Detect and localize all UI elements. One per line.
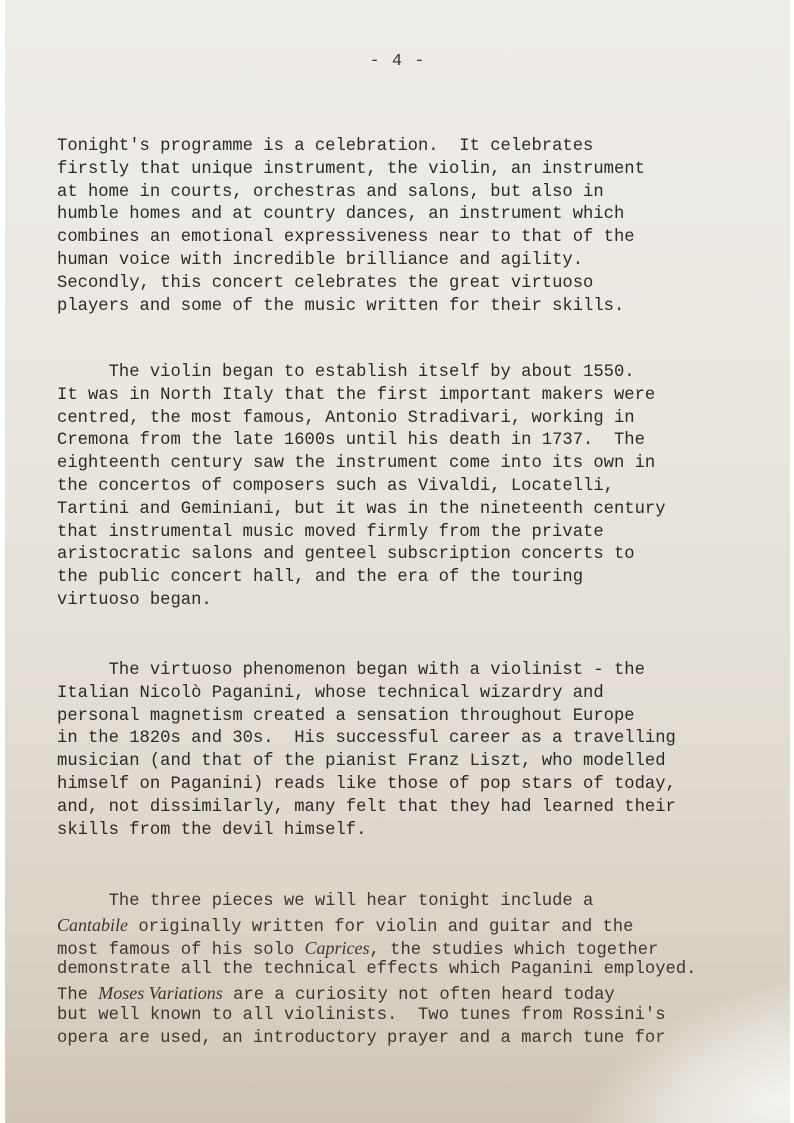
text-line: virtuoso began. [57,590,790,613]
text-line: Tonight's programme is a celebration. It… [57,136,790,159]
text-segment: originally written for violin and guitar… [128,918,633,937]
text-line: Secondly, this concert celebrates the gr… [57,273,790,296]
text-line: musician (and that of the pianist Franz … [57,751,790,774]
italic-title: Moses Variations [98,983,223,1003]
text-line: firstly that unique instrument, the viol… [57,159,790,182]
text-line: opera are used, an introductory prayer a… [57,1028,790,1051]
text-line: but well known to all violinists. Two tu… [57,1005,790,1028]
text-segment: The three pieces we will hear tonight in… [57,892,593,911]
page-number: - 4 - [5,52,790,71]
text-line: centred, the most famous, Antonio Stradi… [57,408,790,431]
text-segment: The [57,986,98,1005]
italic-title: Caprices [305,938,370,958]
text-line: aristocratic salons and genteel subscrip… [57,544,790,567]
document-page: - 4 - Tonight's programme is a celebrati… [5,0,790,1123]
text-segment: , the studies which together [370,941,659,960]
paragraph-three-pieces: The three pieces we will hear tonight in… [57,891,790,1051]
text-line: in the 1820s and 30s. His successful car… [57,728,790,751]
text-line: himself on Paganini) reads like those of… [57,774,790,797]
text-segment: demonstrate all the technical effects wh… [57,960,696,979]
text-segment: are a curiosity not often heard today [223,986,615,1005]
text-line: eighteenth century saw the instrument co… [57,453,790,476]
text-line: Cantabile originally written for violin … [57,914,790,937]
text-line: at home in courts, orchestras and salons… [57,182,790,205]
text-line: that instrumental music moved firmly fro… [57,522,790,545]
text-line: Italian Nicolò Paganini, whose technical… [57,683,790,706]
text-line: demonstrate all the technical effects wh… [57,959,790,982]
text-line: Cremona from the late 1600s until his de… [57,430,790,453]
text-line: most famous of his solo Caprices, the st… [57,937,790,960]
text-segment: most famous of his solo [57,941,305,960]
text-line: Tartini and Geminiani, but it was in the… [57,499,790,522]
text-segment: but well known to all violinists. Two tu… [57,1006,666,1025]
text-line: and, not dissimilarly, many felt that th… [57,797,790,820]
text-line: humble homes and at country dances, an i… [57,204,790,227]
paragraph-virtuoso-phenomenon: The virtuoso phenomenon began with a vio… [57,660,790,842]
text-line: The three pieces we will hear tonight in… [57,891,790,914]
text-line: players and some of the music written fo… [57,296,790,319]
text-line: the public concert hall, and the era of … [57,567,790,590]
paragraph-violin-history: The violin began to establish itself by … [57,362,790,613]
text-line: The violin began to establish itself by … [57,362,790,385]
text-line: skills from the devil himself. [57,820,790,843]
text-line: The Moses Variations are a curiosity not… [57,982,790,1005]
text-line: combines an emotional expressiveness nea… [57,227,790,250]
italic-title: Cantabile [57,915,128,935]
text-line: human voice with incredible brilliance a… [57,250,790,273]
text-line: personal magnetism created a sensation t… [57,706,790,729]
text-segment: opera are used, an introductory prayer a… [57,1029,666,1048]
text-line: the concertos of composers such as Vival… [57,476,790,499]
paragraph-introduction: Tonight's programme is a celebration. It… [57,136,790,318]
text-line: The virtuoso phenomenon began with a vio… [57,660,790,683]
text-line: It was in North Italy that the first imp… [57,385,790,408]
